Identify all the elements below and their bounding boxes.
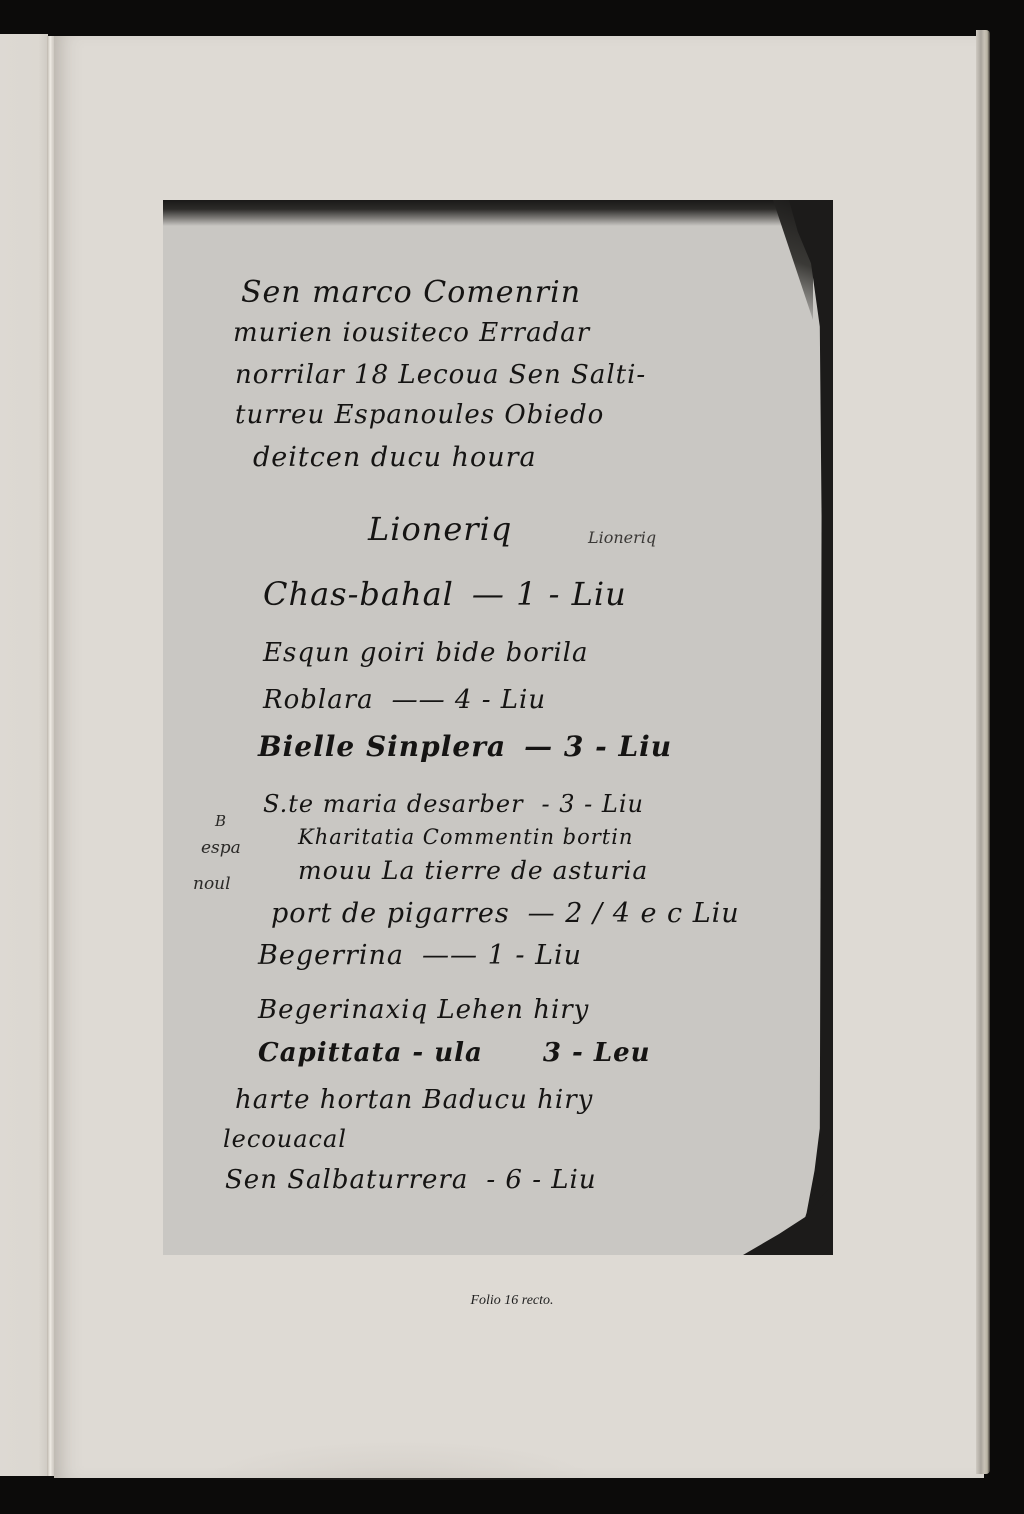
manuscript-entry: Begerrina—— 1 - Liu	[258, 940, 582, 971]
manuscript-line: turreu Espanoules Obiedo	[235, 400, 604, 430]
manuscript-entry: Kharitatia Commentin bortin	[298, 825, 651, 849]
manuscript-line: Sen marco Comenrin	[241, 275, 581, 310]
manuscript-photo: Sen marco Comenrin murien iousiteco Erra…	[163, 200, 833, 1255]
entry-text: Bielle Sinplera	[258, 730, 506, 763]
manuscript-entry: Bielle Sinplera— 3 - Liu	[258, 730, 672, 763]
entry-amount: — 3 - Liu	[524, 730, 672, 763]
manuscript-entry: mouu La tierre de asturia	[298, 856, 666, 885]
manuscript-entry: port de pigarres— 2 / 4 e c Liu	[271, 898, 740, 929]
entry-text: harte hortan Baducu hiry	[235, 1085, 593, 1115]
entry-text: S.te maria desarber	[263, 790, 524, 818]
entry-amount: - 3 - Liu	[542, 790, 644, 818]
entry-text: Sen Salbaturrera	[225, 1165, 468, 1195]
manuscript-entry: lecouacal	[223, 1125, 365, 1153]
manuscript-entry: Begerinaxiq Lehen hiry	[258, 995, 607, 1025]
entry-text: port de pigarres	[271, 898, 510, 929]
entry-text: Capittata - ula	[258, 1038, 483, 1068]
entry-text: Begerrina	[258, 940, 404, 971]
margin-note: espa	[201, 838, 241, 858]
entry-text: mouu La tierre de asturia	[298, 856, 648, 885]
manuscript-line: norrilar 18 Lecoua Sen Salti-	[235, 360, 646, 390]
manuscript-entry: Capittata - ula3 - Leu	[258, 1038, 651, 1068]
book-spread: Sen marco Comenrin murien iousiteco Erra…	[0, 0, 1024, 1514]
page-edge	[976, 30, 990, 1474]
paper-fold	[200, 1440, 600, 1480]
entry-text: Kharitatia Commentin bortin	[298, 825, 633, 849]
entry-amount: — 2 / 4 e c Liu	[528, 898, 740, 929]
manuscript-entry: harte hortan Baducu hiry	[235, 1085, 611, 1115]
entry-amount: — 1 - Liu	[472, 575, 627, 613]
entry-text: Roblara	[263, 685, 374, 715]
entry-amount: —— 4 - Liu	[392, 685, 546, 715]
manuscript-line: murien iousiteco Erradar	[233, 318, 590, 348]
torn-right-edge	[789, 200, 833, 1255]
manuscript-annotation: Lioneriq	[588, 528, 656, 547]
entry-amount: —— 1 - Liu	[422, 940, 582, 971]
manuscript-entry: Chas-bahal— 1 - Liu	[263, 575, 627, 613]
entry-text: lecouacal	[223, 1125, 347, 1153]
entry-text: Esqun goiri bide borila	[263, 638, 588, 668]
margin-note: B	[215, 812, 226, 830]
figure-caption: Folio 16 recto.	[0, 1293, 1024, 1309]
manuscript-entry: Roblara—— 4 - Liu	[263, 685, 546, 715]
entry-text: Begerinaxiq Lehen hiry	[258, 995, 589, 1025]
entry-text: Chas-bahal	[263, 575, 454, 613]
manuscript-heading: Lioneriq	[368, 510, 512, 548]
entry-amount: 3 - Leu	[543, 1038, 651, 1068]
manuscript-entry: Esqun goiri bide borila	[263, 638, 606, 668]
manuscript-entry: S.te maria desarber- 3 - Liu	[263, 790, 644, 818]
manuscript-entry: Sen Salbaturrera- 6 - Liu	[225, 1165, 597, 1195]
entry-amount: - 6 - Liu	[486, 1165, 596, 1195]
margin-note: noul	[193, 874, 231, 894]
manuscript-line: deitcen ducu houra	[253, 442, 537, 473]
left-page	[0, 34, 48, 1476]
torn-top-edge	[163, 200, 833, 226]
